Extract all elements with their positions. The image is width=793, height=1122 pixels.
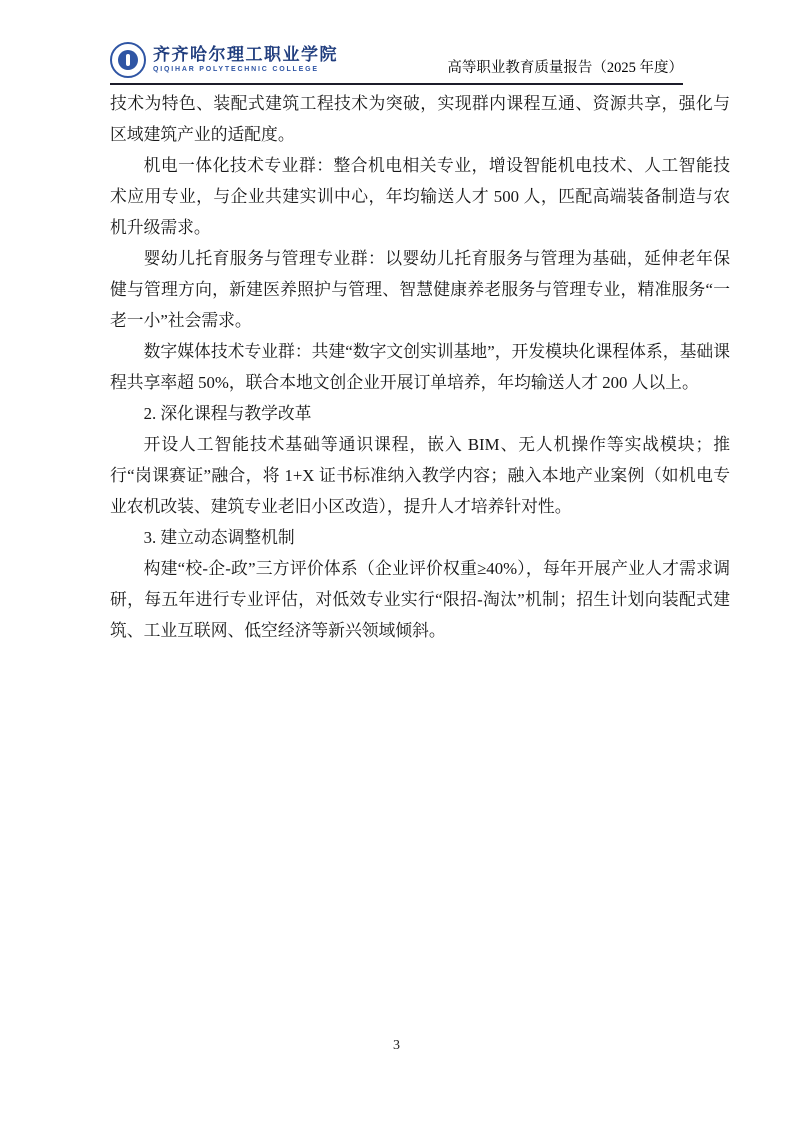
college-seal-icon (110, 42, 146, 78)
college-name-cn: 齐齐哈尔理工职业学院 (153, 46, 338, 64)
body-paragraph-8: 构建“校-企-政”三方评价体系（企业评价权重≥40%），每年开展产业人才需求调研… (110, 553, 730, 646)
college-name-en: QIQIHAR POLYTECHNIC COLLEGE (153, 66, 338, 73)
page-header: 齐齐哈尔理工职业学院 QIQIHAR POLYTECHNIC COLLEGE 高… (110, 42, 683, 85)
document-page: 齐齐哈尔理工职业学院 QIQIHAR POLYTECHNIC COLLEGE 高… (0, 0, 793, 1122)
body-paragraph-1: 技术为特色、装配式建筑工程技术为突破，实现群内课程互通、资源共享，强化与区域建筑… (110, 88, 730, 150)
report-title: 高等职业教育质量报告（2025 年度） (447, 56, 683, 78)
college-logo: 齐齐哈尔理工职业学院 QIQIHAR POLYTECHNIC COLLEGE (110, 42, 338, 78)
body-paragraph-3: 婴幼儿托育服务与管理专业群：以婴幼儿托育服务与管理为基础，延伸老年保健与管理方向… (110, 243, 730, 336)
numbered-heading-2: 2. 深化课程与教学改革 (110, 398, 730, 429)
body-paragraph-6: 开设人工智能技术基础等通识课程，嵌入 BIM、无人机操作等实战模块；推行“岗课赛… (110, 429, 730, 522)
college-name-stack: 齐齐哈尔理工职业学院 QIQIHAR POLYTECHNIC COLLEGE (153, 46, 338, 73)
body-paragraph-2: 机电一体化技术专业群：整合机电相关专业，增设智能机电技术、人工智能技术应用专业，… (110, 150, 730, 243)
numbered-heading-3: 3. 建立动态调整机制 (110, 522, 730, 553)
college-seal-inner-icon (118, 50, 138, 70)
body-paragraph-4: 数字媒体技术专业群：共建“数字文创实训基地”，开发模块化课程体系，基础课程共享率… (110, 336, 730, 398)
document-body: 技术为特色、装配式建筑工程技术为突破，实现群内课程互通、资源共享，强化与区域建筑… (110, 88, 730, 646)
page-number: 3 (0, 1038, 793, 1054)
